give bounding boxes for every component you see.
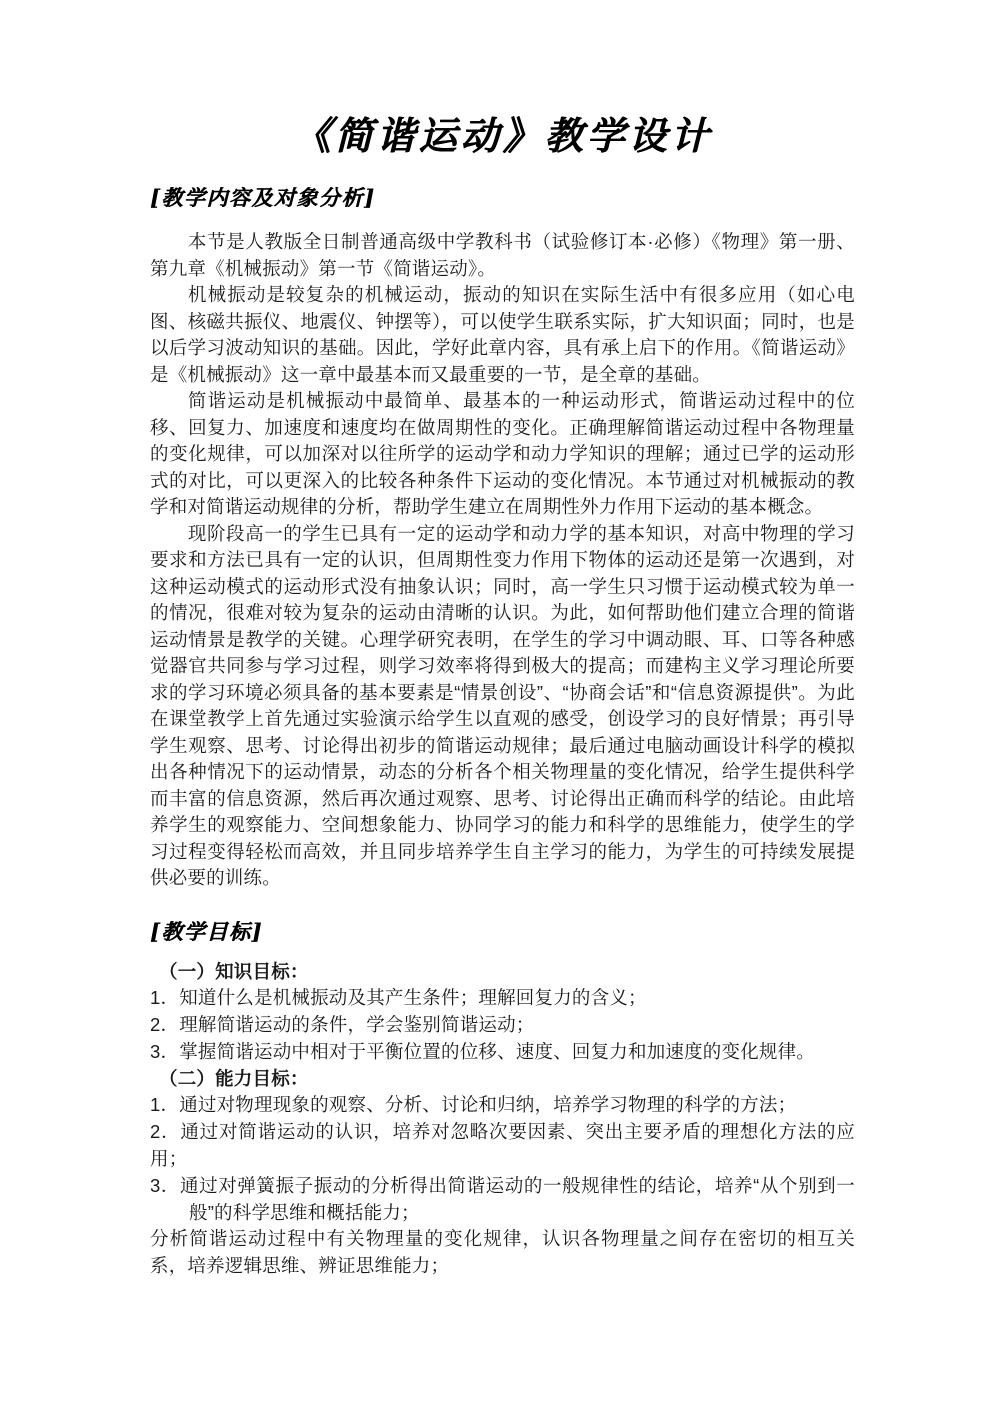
content-analysis-paragraph-4: 现阶段高一的学生已具有一定的运动学和动力学的基本知识，对高中物理的学习要求和方法…	[150, 521, 855, 892]
ability-objective-1: 1．通过对物理现象的观察、分析、讨论和归纳，培养学习物理的科学的方法；	[150, 1092, 855, 1119]
section-header-teaching-objectives: [教学目标]	[150, 918, 855, 946]
section-header-content-analysis: [教学内容及对象分析]	[150, 184, 855, 212]
knowledge-objective-1: 1．知道什么是机械振动及其产生条件；理解回复力的含义；	[150, 985, 855, 1012]
content-analysis-paragraph-1: 本节是人教版全日制普通高级中学教科书（试验修订本·必修）《物理》第一册、第九章《…	[150, 229, 855, 282]
document-page: 《简谐运动》教学设计 [教学内容及对象分析] 本节是人教版全日制普通高级中学教科…	[0, 0, 1000, 1414]
ability-objective-2: 2．通过对简谐运动的认识，培养对忽略次要因素、突出主要矛盾的理想化方法的应用；	[150, 1119, 855, 1173]
content-analysis-paragraph-3: 简谐运动是机械振动中最简单、最基本的一种运动形式，简谐运动过程中的位移、回复力、…	[150, 388, 855, 521]
knowledge-objectives-heading: （一）知识目标：	[150, 959, 855, 986]
document-title: 《简谐运动》教学设计	[150, 108, 855, 164]
document-content: 《简谐运动》教学设计 [教学内容及对象分析] 本节是人教版全日制普通高级中学教科…	[150, 0, 855, 1280]
knowledge-objective-2: 2．理解简谐运动的条件，学会鉴别简谐运动；	[150, 1012, 855, 1039]
ability-objective-3: 3．通过对弹簧振子振动的分析得出简谐运动的一般规律性的结论，培养“从个别到一般”…	[150, 1173, 855, 1227]
content-analysis-paragraph-2: 机械振动是较复杂的机械运动，振动的知识在实际生活中有很多应用（如心电图、核磁共振…	[150, 282, 855, 388]
objectives-summary-paragraph: 分析简谐运动过程中有关物理量的变化规律，认识各物理量之间存在密切的相互关系，培养…	[150, 1226, 855, 1280]
ability-objectives-heading: （二）能力目标：	[150, 1066, 855, 1093]
knowledge-objective-3: 3．掌握简谐运动中相对于平衡位置的位移、速度、回复力和加速度的变化规律。	[150, 1039, 855, 1066]
